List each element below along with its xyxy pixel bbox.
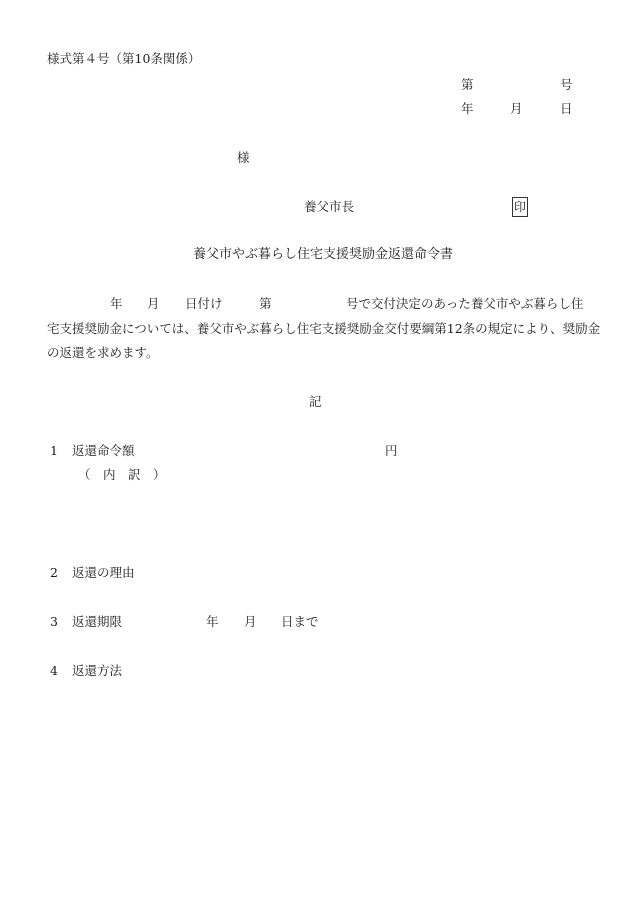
item-4-label: 返還方法 <box>72 663 122 679</box>
item-1-number: 1 <box>50 443 58 459</box>
item-1-label: 返還命令額 <box>72 443 135 459</box>
date-day-label: 日 <box>560 101 573 117</box>
item-1-currency: 円 <box>385 443 398 459</box>
item-3-day-label: 日まで <box>281 614 319 630</box>
addressee-honorific: 様 <box>237 150 250 166</box>
number-prefix: 第 <box>461 77 474 93</box>
date-month-label: 月 <box>510 101 523 117</box>
issuer-name: 養父市長 <box>304 199 354 215</box>
item-2-number: 2 <box>50 565 58 581</box>
body-month-label: 月 <box>147 296 160 312</box>
body-date-suffix: 日付け <box>185 296 223 312</box>
body-line1-rest: 号で交付決定のあった養父市やぶ暮らし住 <box>346 296 583 312</box>
ki-heading: 記 <box>309 394 322 410</box>
number-suffix: 号 <box>560 77 573 93</box>
body-line2: 宅支援奨励金については、養父市やぶ暮らし住宅支援奨励金交付要綱第12条の規定によ… <box>47 321 600 337</box>
body-line3: の返還を求めます。 <box>47 345 159 361</box>
document-title: 養父市やぶ暮らし住宅支援奨励金返還命令書 <box>193 247 453 263</box>
item-3-number: 3 <box>50 614 58 630</box>
body-year-label: 年 <box>110 296 123 312</box>
item-3-label: 返還期限 <box>72 614 122 630</box>
item-3-year-label: 年 <box>206 614 219 630</box>
date-year-label: 年 <box>461 101 474 117</box>
item-4-number: 4 <box>50 663 58 679</box>
item-2-label: 返還の理由 <box>72 565 135 581</box>
body-number-prefix: 第 <box>259 296 272 312</box>
form-number: 様式第４号（第10条関係） <box>47 51 200 67</box>
item-1-breakdown: （ 内 訳 ） <box>78 467 166 483</box>
item-3-month-label: 月 <box>244 614 257 630</box>
seal-icon: 印 <box>512 197 528 217</box>
